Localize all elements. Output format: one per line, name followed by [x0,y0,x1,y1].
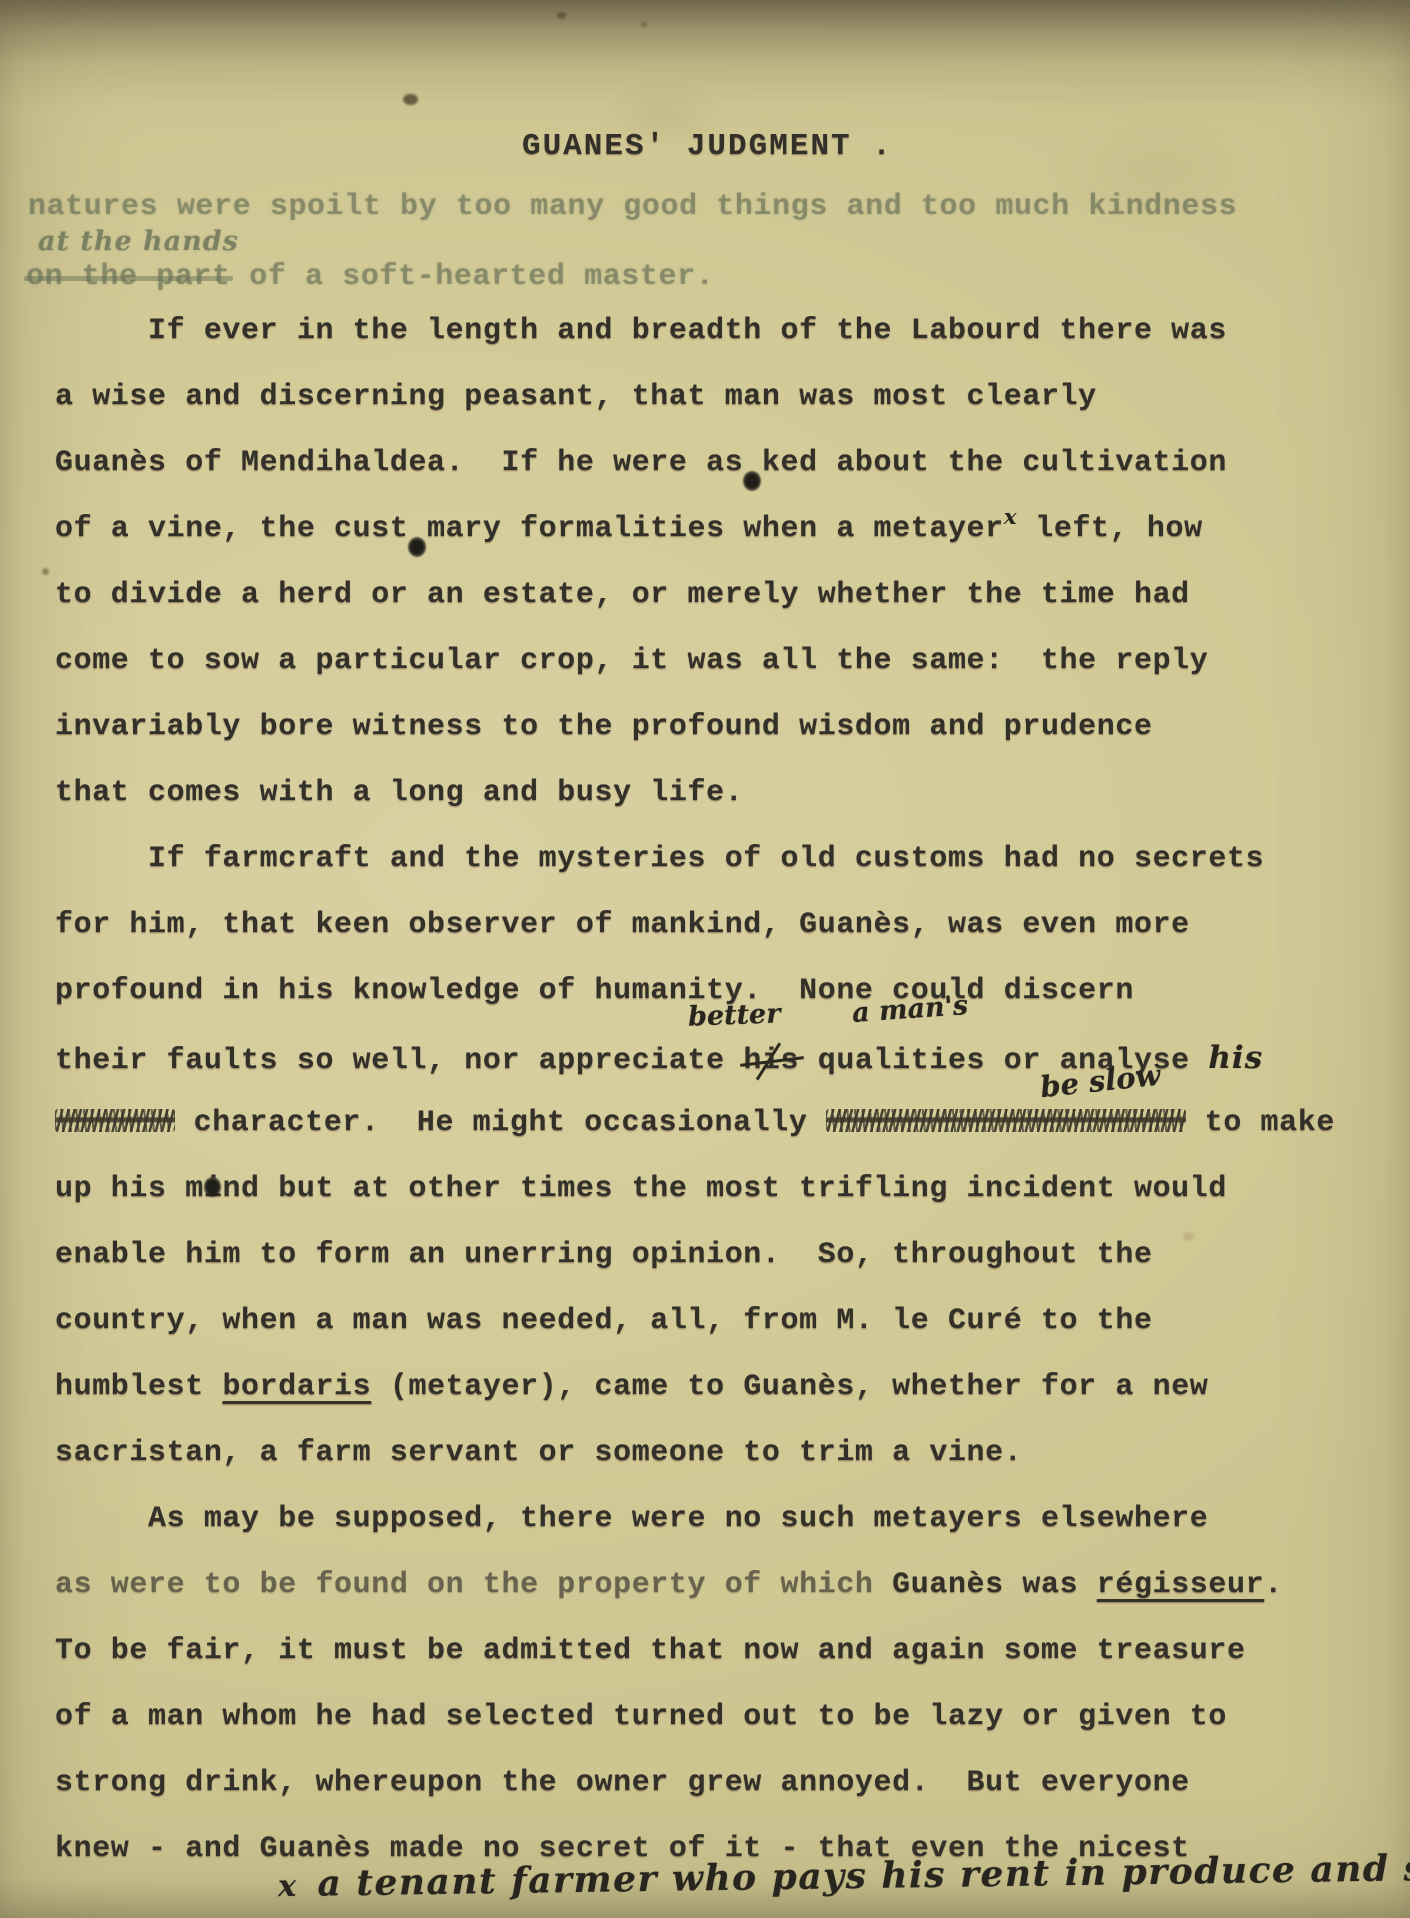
typed-segment: If ever in the length and breadth of the… [55,314,1227,348]
typed-line: as were to be found on the property of w… [55,1569,1283,1602]
typed-line: a wise and discerning peasant, that man … [55,381,1097,414]
typed-segment: enable him to form an unerring opinion. … [55,1238,1153,1272]
typed-segment: If farmcraft and the mysteries of old cu… [55,842,1264,876]
typed-segment: mary formalities when a metayer [427,512,1004,546]
typed-line: enable him to form an unerring opinion. … [55,1239,1153,1272]
typed-line: that comes with a long and busy life. [55,777,743,810]
ink-scribble [55,1109,175,1132]
typed-line: invariably bore witness to the profound … [55,711,1153,744]
paper-stain [42,568,49,575]
typed-segment: of a man whom he had selected turned out… [55,1700,1227,1734]
typed-segment: invariably bore witness to the profound … [55,710,1153,744]
ink-scribble [826,1109,1186,1132]
bleedthrough-line: at the hands [38,226,239,257]
typed-segment: their faults so well, nor appreciate [55,1044,743,1078]
typed-line: character. He might occasionally to make [55,1107,1335,1140]
typed-segment: to divide a herd or an estate, or merely… [55,578,1190,612]
typed-segment: of a vine, the cust [55,512,408,546]
typed-segment: at the hands [38,226,239,257]
bleedthrough-line: natures were spoilt by too many good thi… [28,190,1237,224]
typed-line: As may be supposed, there were no such m… [55,1503,1208,1536]
typed-segment-underlined: régisseur [1097,1568,1264,1602]
typed-segment: . [1264,1568,1283,1602]
typed-segment: character. He might occasionally [175,1106,826,1140]
typed-segment: To be fair, it must be admitted that now… [55,1634,1246,1668]
typed-segment: nd but at other times the most trifling … [222,1172,1227,1206]
typed-line: up his mind but at other times the most … [55,1173,1227,1206]
typed-segment: for him, that keen observer of mankind, … [55,908,1190,942]
typed-segment: a wise and discerning peasant, that man … [55,380,1097,414]
typed-segment: left, how [1017,512,1203,546]
typed-segment-faded: as were to be found on the property of w… [55,1568,892,1602]
handwritten-annotation: a man's [851,990,969,1029]
typed-segment: As may be supposed, there were no such m… [55,1502,1208,1536]
typed-segment: to make [1186,1106,1335,1140]
typed-segment: of a soft-hearted master. [231,260,715,294]
typed-segment-struck-out: his [743,1044,799,1078]
typed-segment: that comes with a long and busy life. [55,776,743,810]
typed-line: profound in his knowledge of humanity. N… [55,975,1134,1008]
typed-line: of a man whom he had selected turned out… [55,1701,1227,1734]
typed-line: humblest bordaris (metayer), came to Gua… [55,1371,1208,1404]
handwritten-annotation: better [687,998,780,1032]
manuscript-page: GUANES' JUDGMENT . natures were spoilt b… [0,0,1410,1918]
typed-line: If farmcraft and the mysteries of old cu… [55,843,1264,876]
typed-segment: come to sow a particular crop, it was al… [55,644,1208,678]
typed-line: strong drink, whereupon the owner grew a… [55,1767,1190,1800]
footnote-marker: x [278,1869,298,1904]
ghost-segment-struck-out: on the part [26,260,231,294]
typed-line: of a vine, the custmary formalities when… [55,513,1203,546]
typed-segment: Guanès of Mendihaldea. If he were as [55,446,743,480]
typed-segment: up his m [55,1172,204,1206]
ink-blot: i [204,1173,223,1206]
paper-stain [557,12,566,19]
paper-stain [403,94,418,105]
typed-segment: strong drink, whereupon the owner grew a… [55,1766,1190,1800]
typed-line: Guanès of Mendihaldea. If he were asked … [55,447,1227,480]
typed-segment: country, when a man was needed, all, fro… [55,1304,1153,1338]
typed-segment: natures were spoilt by too many good thi… [28,190,1237,224]
typed-segment-underlined: bordaris [222,1370,371,1404]
paper-stain [641,22,647,27]
typed-segment: ked about the cultivation [762,446,1227,480]
paper-stain [1183,1232,1194,1241]
typed-line: sacristan, a farm servant or someone to … [55,1437,1022,1470]
typed-segment: Guanès was [892,1568,1097,1602]
typed-segment: sacristan, a farm servant or someone to … [55,1436,1022,1470]
typed-line: for him, that keen observer of mankind, … [55,909,1190,942]
typed-line: To be fair, it must be admitted that now… [55,1635,1246,1668]
typed-line: come to sow a particular crop, it was al… [55,645,1208,678]
typed-line: If ever in the length and breadth of the… [55,315,1227,348]
typed-segment: (metayer), came to Guanès, whether for a… [371,1370,1208,1404]
typed-segment: profound in his knowledge of humanity. N… [55,974,1134,1008]
typed-line: to divide a herd or an estate, or merely… [55,579,1190,612]
typed-segment: humblest [55,1370,222,1404]
handwritten-reference-mark: x [1004,505,1017,530]
typed-line: country, when a man was needed, all, fro… [55,1305,1153,1338]
handwritten-word: his [1208,1040,1263,1076]
bleedthrough-line: on the part of a soft-hearted master. [26,260,714,294]
document-title: GUANES' JUDGMENT . [522,130,893,164]
